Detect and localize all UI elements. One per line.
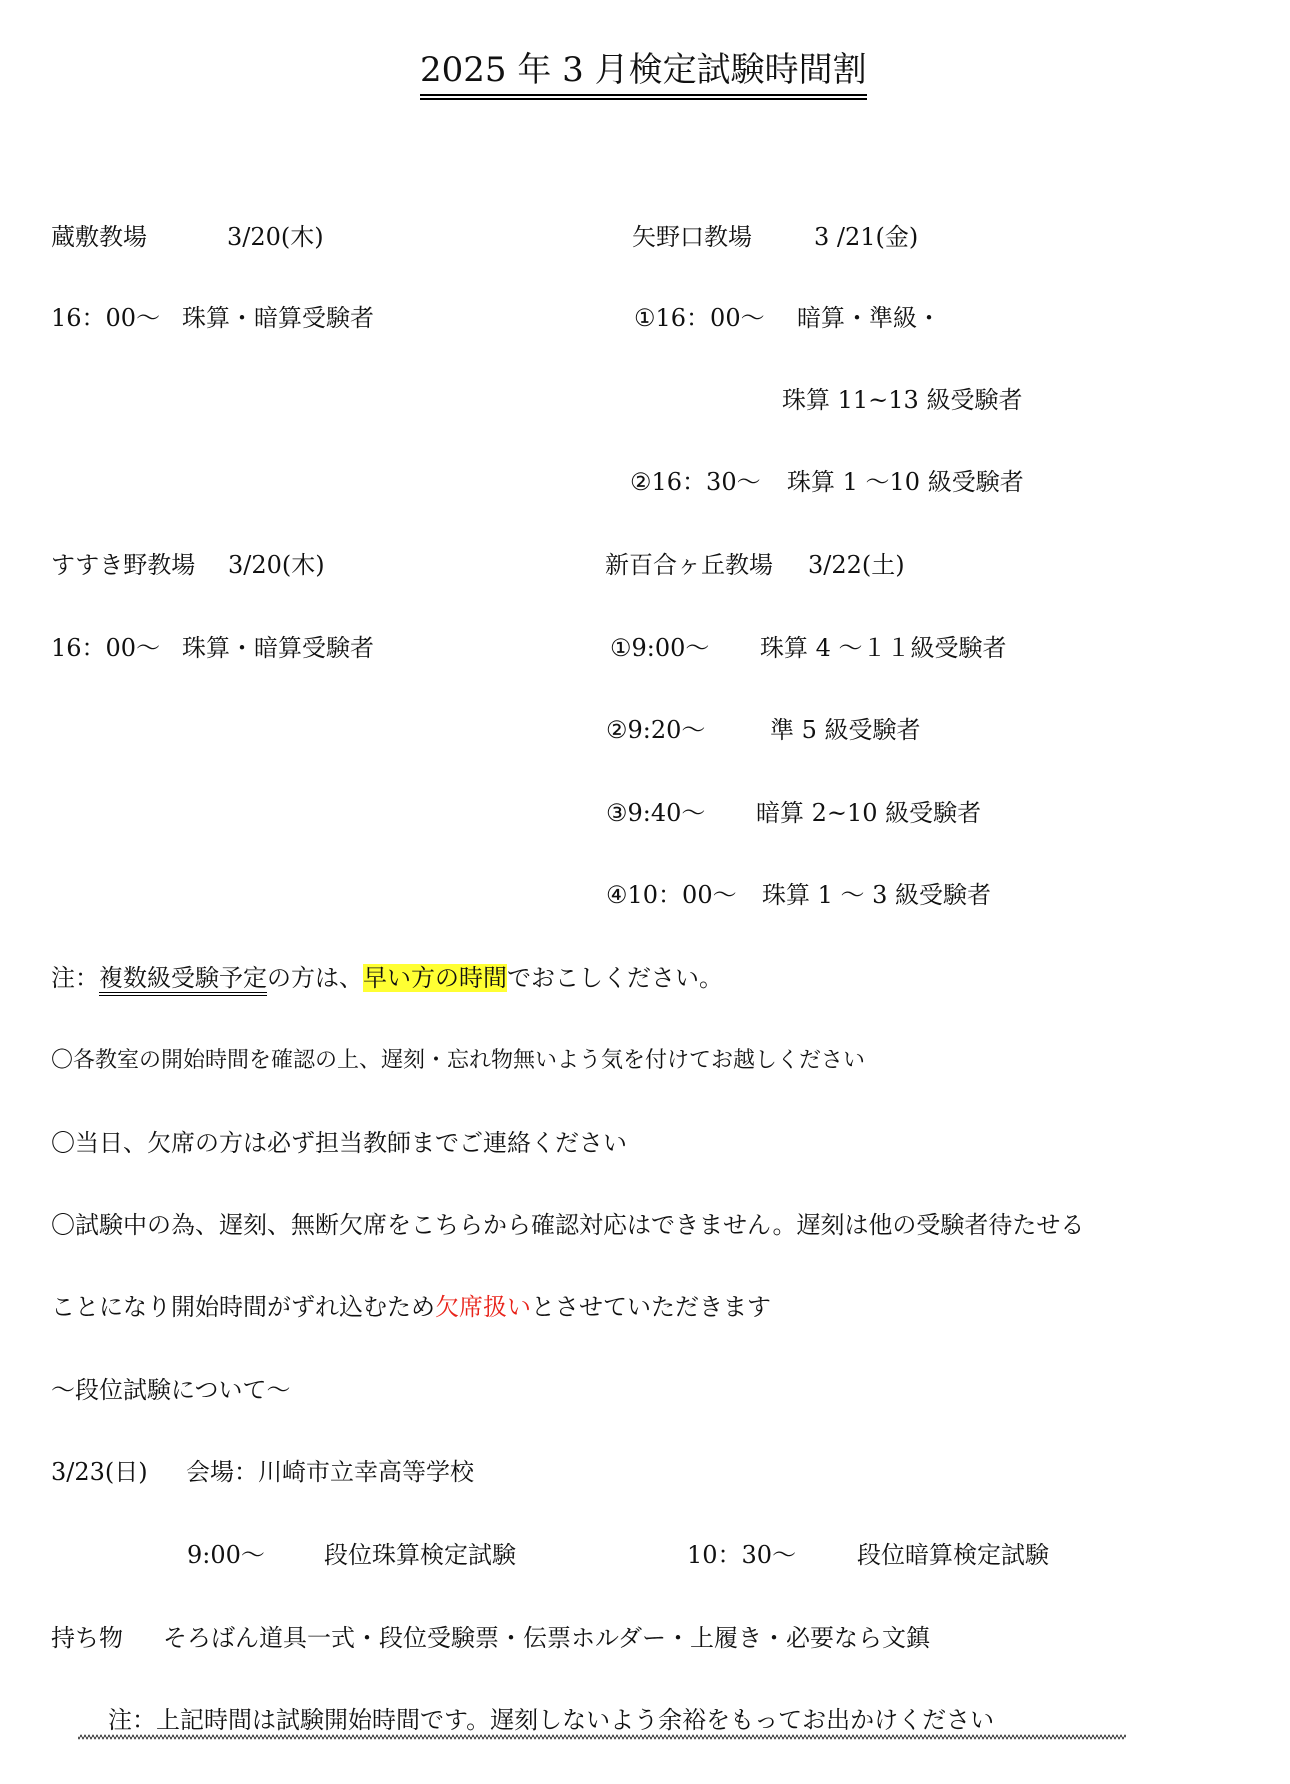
notice-lateness-line2: ことになり開始時間がずれ込むため欠席扱いとさせていただきます [51,1292,771,1322]
slot-time: ③9:40～ [606,798,705,828]
notice-lateness-line1: 〇試験中の為、遅刻、無断欠席をこちらから確認対応はできません。遅刻は他の受験者待… [51,1210,1084,1240]
slot-time: ①16：00～ [634,303,765,333]
venue-name-susukino: すすき野教場 [51,550,195,580]
slot-desc: 珠算 1 ～ 3 級受験者 [762,880,991,910]
slot-desc: 珠算・暗算受験者 [182,303,374,333]
slot-desc: 暗算 2~10 級受験者 [756,798,981,828]
items-label: 持ち物 [51,1623,123,1653]
slot-desc: 珠算 4 ～１１級受験者 [760,633,1007,663]
note-highlighted-text: 早い方の時間 [363,964,507,992]
dan-date: 3/23(日) [51,1457,148,1487]
note-prefix: 注： [51,964,99,992]
slot-desc: 珠算 1 ～10 級受験者 [787,467,1024,497]
venue-date-yanokuchi: 3 /21(金) [814,222,918,252]
notice-text: とさせていただきます [531,1293,771,1321]
notice-absence-contact: 〇当日、欠席の方は必ず担当教師までご連絡ください [51,1128,627,1158]
note-middle: の方は、 [267,964,363,992]
venue-date-shinyurigaoka: 3/22(土) [808,550,905,580]
slot-desc: 準 5 級受験者 [770,715,921,745]
page-title: 2025 年 3 月検定試験時間割 [420,48,867,100]
notice-check-start-time: 〇各教室の開始時間を確認の上、遅刻・忘れ物無いよう気を付けてお越しください [51,1046,865,1076]
dan-session-time: 10：30～ [687,1540,796,1570]
wavy-underline [78,1734,1126,1740]
venue-name-shinyurigaoka: 新百合ヶ丘教場 [605,550,773,580]
slot-time: 16：00～ [51,303,160,333]
dan-session-name: 段位暗算検定試験 [857,1540,1049,1570]
note-multiple-grades: 注：複数級受験予定の方は、早い方の時間でおこしください。 [51,963,723,993]
dan-session-time: 9:00～ [187,1540,265,1570]
note-underlined-text: 複数級受験予定 [99,964,267,996]
venue-name-yanokuchi: 矢野口教場 [632,222,752,252]
dan-session-name: 段位珠算検定試験 [324,1540,516,1570]
venue-date-kurashiki: 3/20(木) [227,222,324,252]
final-note: 注：上記時間は試験開始時間です。遅刻しないよう余裕をもってお出かけください [108,1705,994,1735]
absence-treatment-warning: 欠席扱い [435,1293,531,1321]
slot-desc: 暗算・準級・ [797,303,941,333]
slot-time: 16：00～ [51,633,160,663]
slot-time: ①9:00～ [610,633,709,663]
slot-time: ②16：30～ [630,467,761,497]
note-suffix: でおこしください。 [507,964,723,992]
items-list: そろばん道具一式・段位受験票・伝票ホルダー・上履き・必要なら文鎮 [163,1623,930,1653]
slot-desc-continued: 珠算 11~13 級受験者 [782,385,1022,415]
slot-time: ④10：00～ [606,880,737,910]
venue-date-susukino: 3/20(木) [228,550,325,580]
notice-text: ことになり開始時間がずれ込むため [51,1293,435,1321]
dan-heading: ～段位試験について～ [51,1375,291,1405]
venue-name-kurashiki: 蔵敷教場 [51,222,147,252]
dan-venue: 会場：川崎市立幸高等学校 [186,1457,474,1487]
slot-desc: 珠算・暗算受験者 [182,633,374,663]
slot-time: ②9:20～ [606,715,705,745]
